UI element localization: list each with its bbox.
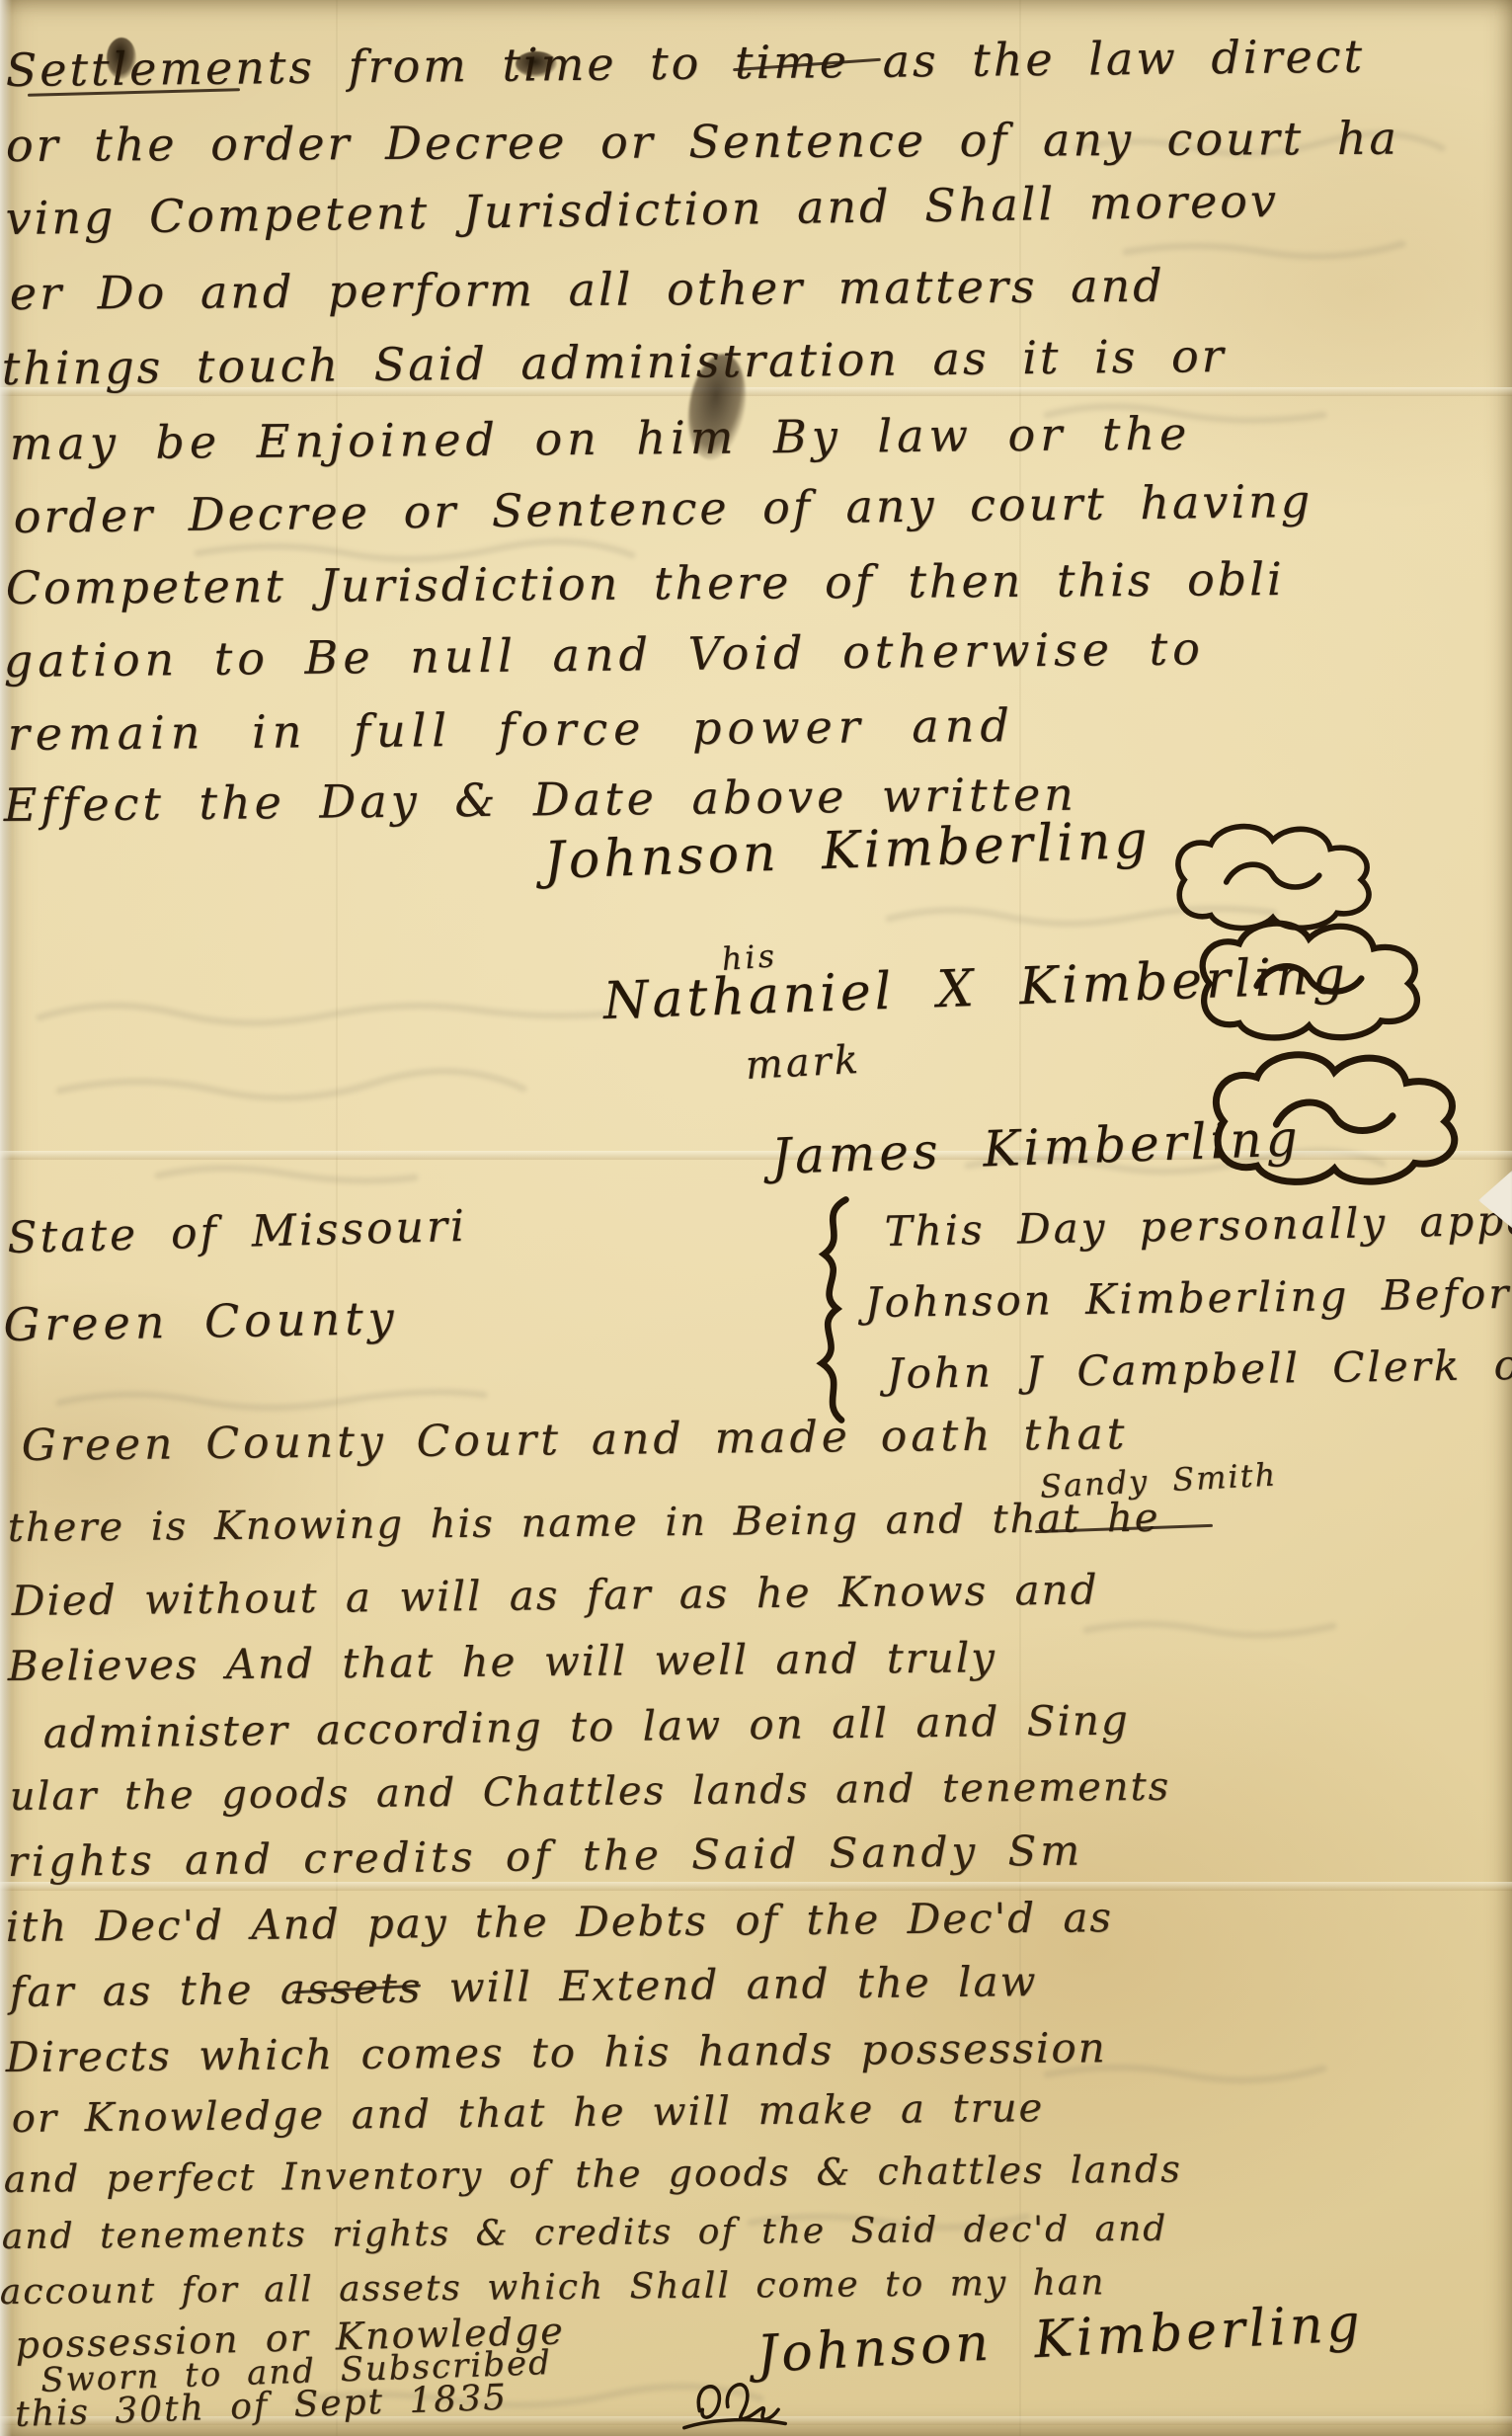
manuscript-line: remain in full force power and (8, 698, 1015, 761)
manuscript-line: er Do and perform all other matters and (10, 259, 1165, 320)
oath-line: Green County Court and made oath that (21, 1409, 1128, 1471)
manuscript-line: Competent Jurisdiction there of then thi… (6, 552, 1285, 614)
ink-blot (107, 38, 136, 79)
manuscript-line: ving Competent Jurisdiction and Shall mo… (5, 174, 1279, 245)
manuscript-line: may be Enjoined on him By law or the (10, 407, 1192, 470)
oath-line: Directs which comes to his hands possess… (6, 2023, 1107, 2081)
oath-line: far as the assets will Extend and the la… (9, 1957, 1037, 2016)
oath-line: ular the goods and Chattles lands and te… (10, 1764, 1171, 1820)
jurat-county-line: Green County (3, 1291, 399, 1351)
signature-johnson-kimberling-bottom: Johnson Kimberling (756, 2294, 1365, 2385)
manuscript-line: things touch Said administration as it i… (1, 329, 1226, 395)
seal-flourish-icon (1187, 911, 1436, 1041)
clerk-monogram-flourish-icon (656, 2369, 814, 2432)
manuscript-line: order Decree or Sentence of any court ha… (13, 474, 1313, 543)
jurat-state-line: State of Missouri (7, 1201, 468, 1263)
oath-line: and perfect Inventory of the goods & cha… (4, 2148, 1182, 2201)
document-page: Settlements from time to time as the law… (0, 0, 1512, 2436)
oath-line: account for all assets which Shall come … (0, 2262, 1106, 2313)
oath-line: or Knowledge and that he will make a tru… (12, 2085, 1045, 2142)
oath-line: Believes And that he will well and truly (8, 1633, 996, 1690)
oath-line: Died without a will as far as he Knows a… (11, 1565, 1098, 1625)
jurat-text-line: Johnson Kimberling Before me (864, 1267, 1512, 1327)
oath-line: there is Knowing his name in Being and t… (8, 1496, 1160, 1551)
manuscript-line: gation to Be null and Void otherwise to (3, 621, 1205, 688)
manuscript-line: Settlements from time to time as the law… (5, 30, 1365, 97)
oath-line: ith Dec'd And pay the Debts of the Dec'd… (6, 1893, 1114, 1951)
jurat-text-line: John J Campbell Clerk of the (886, 1339, 1512, 1398)
manuscript-line: or the order Decree or Sentence of any c… (6, 112, 1399, 172)
ink-blot (516, 51, 557, 77)
jurat-text-line: This Day personally appeared (884, 1194, 1512, 1256)
oath-line: administer according to law on all and S… (42, 1696, 1130, 1757)
notary-brace-icon (796, 1195, 865, 1424)
oath-line: and tenements rights & credits of the Sa… (2, 2209, 1168, 2257)
nathaniel-mark-label: mark (745, 1037, 862, 1089)
oath-line: rights and credits of the Said Sandy Sm (7, 1827, 1083, 1886)
